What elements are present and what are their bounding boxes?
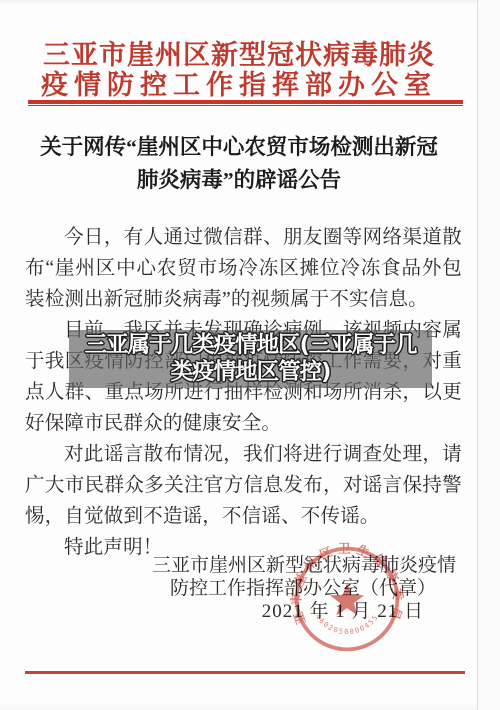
letterhead: 三亚市崖州区新型冠状病毒肺炎 疫情防控工作指挥部办公室 — [0, 40, 478, 100]
notice-title: 关于网传“崖州区中心农贸市场检测出新冠 肺炎病毒”的辟谣公告 — [0, 131, 478, 197]
signature-date: 2021 年 1 月 21 日 — [0, 600, 478, 623]
notice-body: 今日，有人通过微信群、朋友圈等网络渠道散布“崖州区中心农贸市场冷冻区摊位冷冻食品… — [0, 222, 478, 563]
signature-block: 三亚市崖州区新型冠状病毒肺炎疫情 防控工作指挥部办公室（代章） 2021 年 1… — [0, 554, 478, 623]
svg-text:4602050000455: 4602050000455 — [314, 612, 381, 636]
seal-code: 4602050000455 — [314, 612, 381, 636]
watermark-text-line-1: 三亚属于几类疫情地区(三亚属于几 — [85, 332, 417, 359]
notice-title-line-1: 关于网传“崖州区中心农贸市场检测出新冠 — [0, 131, 478, 164]
watermark-text-line-2: 类疫情地区管控) — [171, 359, 331, 386]
signature-org-line-2: 防控工作指挥部办公室（代章） — [0, 577, 478, 600]
body-paragraph: 对此谣言散布情况，我们将进行调查处理，请广大市民群众多关注官方信息发布，对谣言保… — [25, 439, 462, 532]
letterhead-rule-thin — [28, 105, 463, 107]
document-page: 三亚市崖州区新型冠状病毒肺炎 疫情防控工作指挥部办公室 关于网传“崖州区中心农贸… — [0, 0, 500, 710]
letterhead-rule-thick — [28, 100, 463, 104]
seal-star-icon — [330, 583, 364, 616]
watermark-overlay: 三亚属于几类疫情地区(三亚属于几 类疫情地区管控) — [69, 330, 432, 388]
page-edge-line — [477, 0, 500, 710]
notice-title-line-2: 肺炎病毒”的辟谣公告 — [0, 164, 478, 197]
letterhead-rule — [28, 100, 463, 107]
official-seal-icon: 三亚市崖州区卫生健康委员会 4602050000455 — [290, 542, 404, 656]
bottom-rule — [25, 671, 465, 674]
letterhead-line-1: 三亚市崖州区新型冠状病毒肺炎 — [0, 40, 478, 70]
signature-org-line-1: 三亚市崖州区新型冠状病毒肺炎疫情 — [0, 554, 478, 577]
letterhead-line-2: 疫情防控工作指挥部办公室 — [0, 70, 478, 100]
body-paragraph: 今日，有人通过微信群、朋友圈等网络渠道散布“崖州区中心农贸市场冷冻区摊位冷冻食品… — [25, 222, 462, 315]
